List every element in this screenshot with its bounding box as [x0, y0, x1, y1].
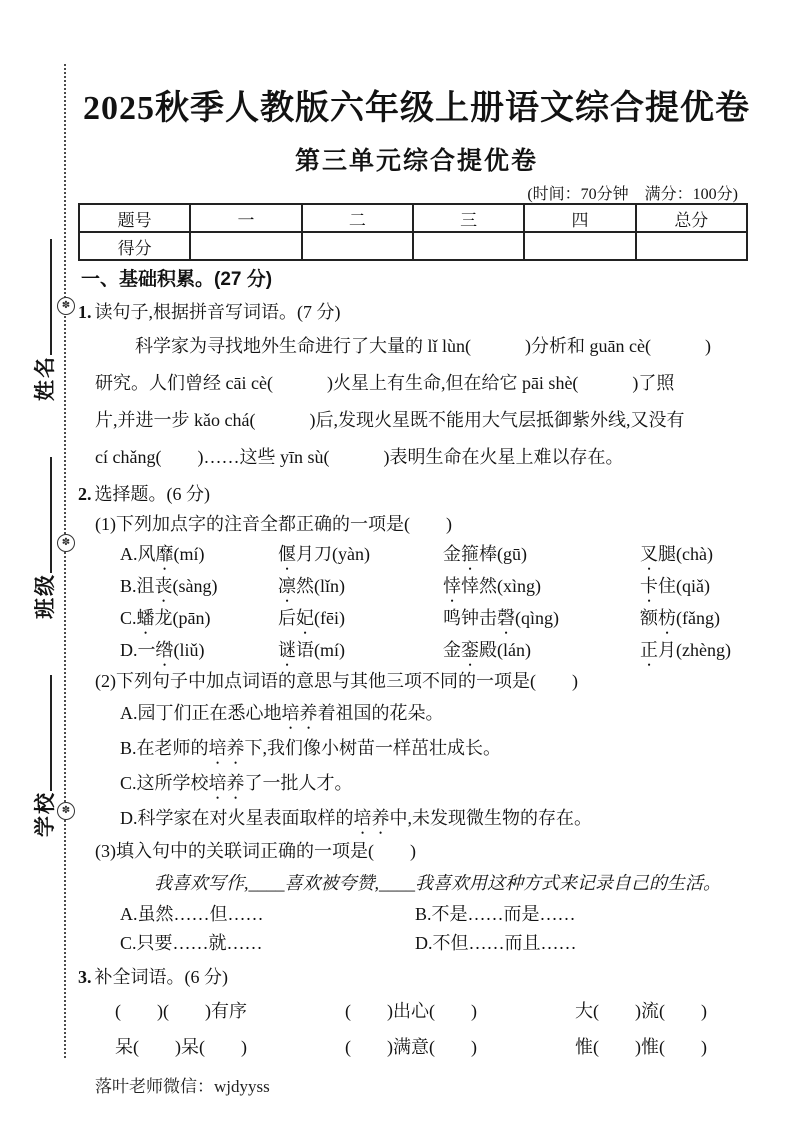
paper-subtitle: 第三单元综合提优卷: [78, 141, 755, 177]
score-value-cell: [636, 232, 747, 260]
option-cell: 后妃(fēi): [278, 602, 443, 634]
complete-words-grid: ( )( )有序 ( )出心( ) 大( )流( ) 呆( )呆( ) ( )满…: [115, 993, 755, 1065]
question-1-title: 1.读句子,根据拼音写词语。(7 分): [78, 296, 755, 328]
option-cell: B.沮丧(sàng): [120, 570, 278, 602]
option-cell: 卡住(qiǎ): [640, 570, 755, 602]
class-label: 班级: [29, 573, 59, 619]
score-value-cell: [413, 232, 524, 260]
word-blank-cell: ( )满意( ): [345, 1029, 575, 1065]
sub-question-2-stem: (2)下列句子中加点词语的意思与其他三项不同的一项是( ): [78, 666, 755, 696]
option-cell: A.虽然……但……: [120, 900, 415, 929]
score-table-header-cell: 总分: [636, 204, 747, 232]
score-table-header-cell: 四: [524, 204, 635, 232]
pinyin-paragraph-line: 科学家为寻找地外生命进行了大量的 lǐ lùn( )分析和 guān cè( ): [78, 328, 755, 365]
score-table-score-row: 得分: [79, 232, 747, 260]
question-text: 选择题。(6 分): [95, 484, 211, 504]
word-blank-cell: 大( )流( ): [575, 993, 755, 1029]
score-table-header-row: 题号 一 二 三 四 总分: [79, 204, 747, 232]
option-cell: 鸣钟击磬(qìng): [443, 602, 640, 634]
conjunction-options-grid: A.虽然……但…… B.不是……而是…… C.只要……就…… D.不但……而且……: [120, 900, 755, 958]
section-heading: 一、基础积累。(27 分): [78, 264, 755, 296]
option-cell: A.风靡(mí): [120, 538, 278, 570]
pinyin-paragraph-line: 片,并进一步 kǎo chá( )后,发现火星既不能用大气层抵御紫外线,又没有: [78, 402, 755, 439]
pinyin-paragraph-line: cí chǎng( )……这些 yīn sù( )表明生命在火星上难以存在。: [78, 439, 755, 476]
word-blank-cell: ( )( )有序: [115, 993, 345, 1029]
question-3-title: 3.补全词语。(6 分): [78, 961, 755, 993]
option-cell: C.只要……就……: [120, 929, 415, 958]
name-label: 姓名: [29, 355, 59, 401]
footer-wechat: 落叶老师微信：wjdyyss: [95, 1072, 270, 1097]
word-blank-cell: 惟( )惟( ): [575, 1029, 755, 1065]
time-score-info: (时间：70分钟 满分：100分): [78, 181, 738, 204]
fill-conjunction-sentence: 我喜欢写作,____喜欢被夸赞,____我喜欢用这种方式来记录自己的生活。: [78, 866, 755, 900]
score-row-label: 得分: [79, 232, 190, 260]
school-blank-line: [50, 675, 52, 791]
school-field: 学校: [29, 675, 59, 837]
score-table-header-cell: 三: [413, 204, 524, 232]
flower-seal-icon: ✽: [57, 802, 75, 820]
option-cell: 额枋(fǎng): [640, 602, 755, 634]
question-number: 1.: [78, 302, 92, 322]
pronunciation-options-grid: A.风靡(mí) 偃月刀(yàn) 金箍棒(gū) 叉腿(chà) B.沮丧(s…: [120, 538, 755, 666]
score-table: 题号 一 二 三 四 总分 得分: [78, 203, 748, 261]
question-text: 补全词语。(6 分): [95, 967, 229, 987]
question-number: 2.: [78, 484, 92, 504]
word-blank-cell: ( )出心( ): [345, 993, 575, 1029]
name-field: 姓名: [29, 239, 59, 401]
option-cell: 正月(zhèng): [640, 634, 755, 666]
score-table-header-cell: 题号: [79, 204, 190, 232]
option-line: C.这所学校培养了一批人才。: [78, 766, 755, 801]
class-blank-line: [50, 457, 52, 573]
option-cell: C.蟠龙(pān): [120, 602, 278, 634]
score-table-header-cell: 一: [190, 204, 301, 232]
option-cell: D.一绺(liǔ): [120, 634, 278, 666]
option-cell: 金箍棒(gū): [443, 538, 640, 570]
option-cell: 偃月刀(yàn): [278, 538, 443, 570]
option-line: D.科学家在对火星表面取样的培养中,未发现微生物的存在。: [78, 801, 755, 836]
option-cell: 谜语(mí): [278, 634, 443, 666]
option-cell: 金銮殿(lán): [443, 634, 640, 666]
option-cell: 叉腿(chà): [640, 538, 755, 570]
question-text: 读句子,根据拼音写词语。(7 分): [95, 302, 341, 322]
option-line: A.园丁们正在悉心地培养着祖国的花朵。: [78, 696, 755, 731]
score-value-cell: [524, 232, 635, 260]
option-cell: D.不但……而且……: [415, 929, 755, 958]
score-value-cell: [302, 232, 413, 260]
school-label: 学校: [29, 791, 59, 837]
option-cell: B.不是……而是……: [415, 900, 755, 929]
class-field: 班级: [29, 457, 59, 619]
exam-paper-page: ✽ ✽ ✽ 学校 班级 姓名 2025秋季人教版六年级上册语文综合提优卷 第三单…: [0, 0, 793, 1122]
sub-question-1-stem: (1)下列加点字的注音全都正确的一项是( ): [78, 510, 755, 538]
paper-body: 一、基础积累。(27 分) 1.读句子,根据拼音写词语。(7 分) 科学家为寻找…: [78, 264, 755, 1065]
pinyin-paragraph-line: 研究。人们曾经 cāi cè( )火星上有生命,但在给它 pāi shè( )了…: [78, 365, 755, 402]
name-blank-line: [50, 239, 52, 355]
option-line: B.在老师的培养下,我们像小树苗一样茁壮成长。: [78, 731, 755, 766]
flower-seal-icon: ✽: [57, 297, 75, 315]
flower-seal-icon: ✽: [57, 534, 75, 552]
option-cell: 凛然(lǐn): [278, 570, 443, 602]
question-number: 3.: [78, 967, 92, 987]
question-2-title: 2.选择题。(6 分): [78, 478, 755, 510]
score-table-header-cell: 二: [302, 204, 413, 232]
word-blank-cell: 呆( )呆( ): [115, 1029, 345, 1065]
option-cell: 悻悻然(xìng): [443, 570, 640, 602]
sub-question-3-stem: (3)填入句中的关联词正确的一项是( ): [78, 836, 755, 866]
paper-title: 2025秋季人教版六年级上册语文综合提优卷: [78, 80, 755, 129]
score-value-cell: [190, 232, 301, 260]
